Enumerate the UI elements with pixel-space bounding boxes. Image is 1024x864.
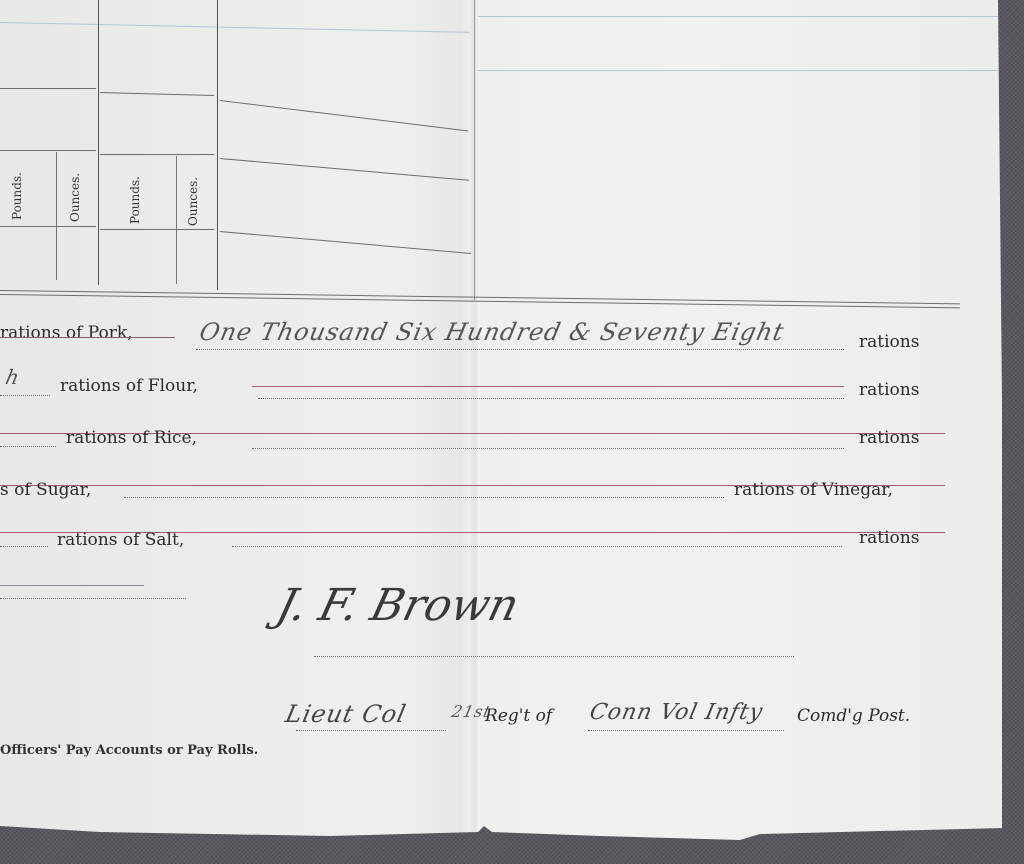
rice-prefix-line (0, 446, 56, 447)
sugar-label: s of Sugar, (0, 480, 91, 500)
flour-red-line (252, 386, 844, 387)
rank-line (296, 730, 446, 731)
sugar-fill-line (124, 497, 724, 498)
flour-handwritten-prefix: h (3, 365, 22, 389)
table-row-line (220, 158, 469, 181)
salt-prefix-line (0, 546, 48, 547)
table-column-divider (56, 152, 57, 280)
total-dotted-line (0, 598, 186, 599)
flour-label: rations of Flour, (60, 376, 198, 396)
regiment-line (588, 730, 784, 731)
signature-name: J. F. Brown (272, 580, 524, 631)
post-label: Comd'g Post. (797, 706, 910, 726)
regiment-label: Reg't of (485, 706, 552, 726)
column-header-pounds: Pounds. (10, 172, 24, 220)
pork-handwritten-quantity: One Thousand Six Hundred & Seventy Eight (197, 318, 787, 346)
table-row-line (0, 88, 96, 89)
table-row-line (220, 231, 471, 254)
footnote-text: Officers' Pay Accounts or Pay Rolls. (0, 743, 258, 758)
rank-handwritten: Lieut Col (283, 700, 409, 728)
strikethrough (0, 337, 175, 338)
document-page: Pounds. Ounces. Pounds. Ounces. rations … (0, 0, 1002, 840)
total-line (0, 585, 144, 586)
column-header-ounces: Ounces. (68, 173, 82, 222)
table-column-divider (176, 156, 177, 284)
flour-suffix: rations (859, 380, 919, 400)
table-row-line (100, 92, 214, 96)
flour-fill-line (258, 398, 844, 399)
salt-label: rations of Salt, (57, 530, 184, 550)
rice-suffix: rations (859, 428, 919, 448)
table-row-line (0, 150, 96, 151)
table-column-divider (98, 0, 99, 285)
salt-fill-line (232, 546, 842, 547)
table-row-line (220, 100, 468, 131)
column-header-ounces: Ounces. (186, 177, 200, 226)
table-row-line (100, 154, 214, 155)
signature-line (314, 656, 794, 657)
ruled-line (478, 16, 998, 17)
flour-prefix-line (0, 395, 50, 396)
table-row-line (0, 226, 96, 227)
table-column-divider (217, 0, 218, 290)
vinegar-label: rations of Vinegar, (734, 480, 893, 500)
pork-fill-line (196, 349, 844, 350)
ruled-line (0, 22, 470, 33)
pork-label: rations of Pork, (0, 323, 133, 343)
table-column-divider (474, 0, 475, 300)
column-header-pounds: Pounds. (128, 176, 142, 224)
pork-suffix: rations (859, 332, 919, 352)
rice-label: rations of Rice, (66, 428, 197, 448)
rice-fill-line (252, 448, 844, 449)
ruled-line (478, 70, 998, 71)
salt-suffix: rations (859, 528, 919, 548)
regiment-name-handwritten: Conn Vol Infty (587, 700, 765, 725)
table-row-line (100, 229, 214, 230)
